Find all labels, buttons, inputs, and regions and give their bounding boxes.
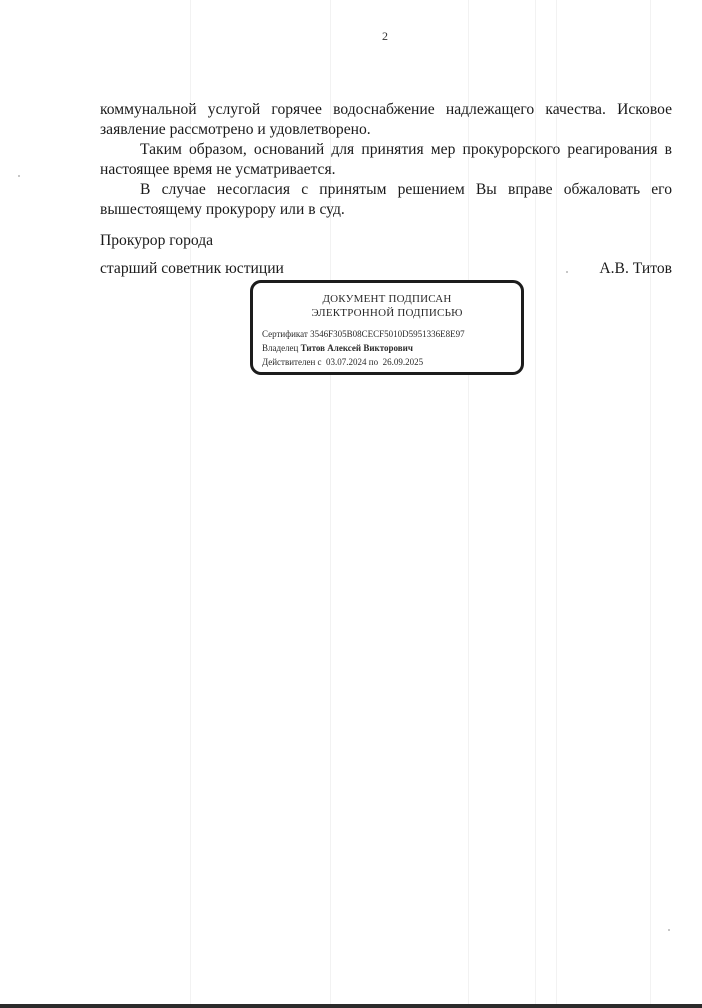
paragraph-appeal-rights: В случае несогласия с принятым решением … — [100, 180, 672, 220]
stamp-heading-line2: ЭЛЕКТРОННОЙ ПОДПИСЬЮ — [253, 306, 521, 320]
scan-speck — [668, 929, 670, 931]
certificate-value: 3546F305B08CECF5010D5951336E8E97 — [310, 329, 465, 339]
owner-value: Титов Алексей Викторович — [301, 343, 413, 353]
signatory-row: старший советник юстиции А.В. Титов — [100, 259, 672, 279]
stamp-validity: Действителен с 03.07.2024 по 26.09.2025 — [262, 355, 465, 369]
paragraph-conclusion: Таким образом, оснований для принятия ме… — [100, 140, 672, 180]
signatory-position: Прокурор города — [100, 231, 672, 251]
owner-label: Владелец — [262, 343, 298, 353]
certificate-label: Сертификат — [262, 329, 308, 339]
page-number: 2 — [0, 29, 702, 44]
scan-speck — [18, 175, 20, 177]
valid-to-label: по — [369, 357, 378, 367]
signatory-rank: старший советник юстиции — [100, 259, 284, 279]
valid-label: Действителен с — [262, 357, 322, 367]
valid-to: 26.09.2025 — [383, 357, 424, 367]
stamp-heading: ДОКУМЕНТ ПОДПИСАН ЭЛЕКТРОННОЙ ПОДПИСЬЮ — [253, 292, 521, 320]
stamp-owner: Владелец Титов Алексей Викторович — [262, 341, 465, 355]
document-page: 2 коммунальной услугой горячее водоснабж… — [0, 0, 702, 1005]
signature-block: Прокурор города старший советник юстиции… — [100, 231, 672, 251]
viewer-bottom-bar — [0, 1004, 702, 1008]
stamp-heading-line1: ДОКУМЕНТ ПОДПИСАН — [253, 292, 521, 306]
valid-from: 03.07.2024 — [326, 357, 367, 367]
electronic-signature-stamp: ДОКУМЕНТ ПОДПИСАН ЭЛЕКТРОННОЙ ПОДПИСЬЮ С… — [250, 280, 524, 375]
paragraph-continuation: коммунальной услугой горячее водоснабжен… — [100, 100, 672, 140]
signatory-name: А.В. Титов — [599, 259, 672, 279]
stamp-certificate: Сертификат 3546F305B08CECF5010D5951336E8… — [262, 327, 465, 341]
stamp-details: Сертификат 3546F305B08CECF5010D5951336E8… — [262, 327, 465, 369]
letter-body: коммунальной услугой горячее водоснабжен… — [100, 100, 672, 220]
